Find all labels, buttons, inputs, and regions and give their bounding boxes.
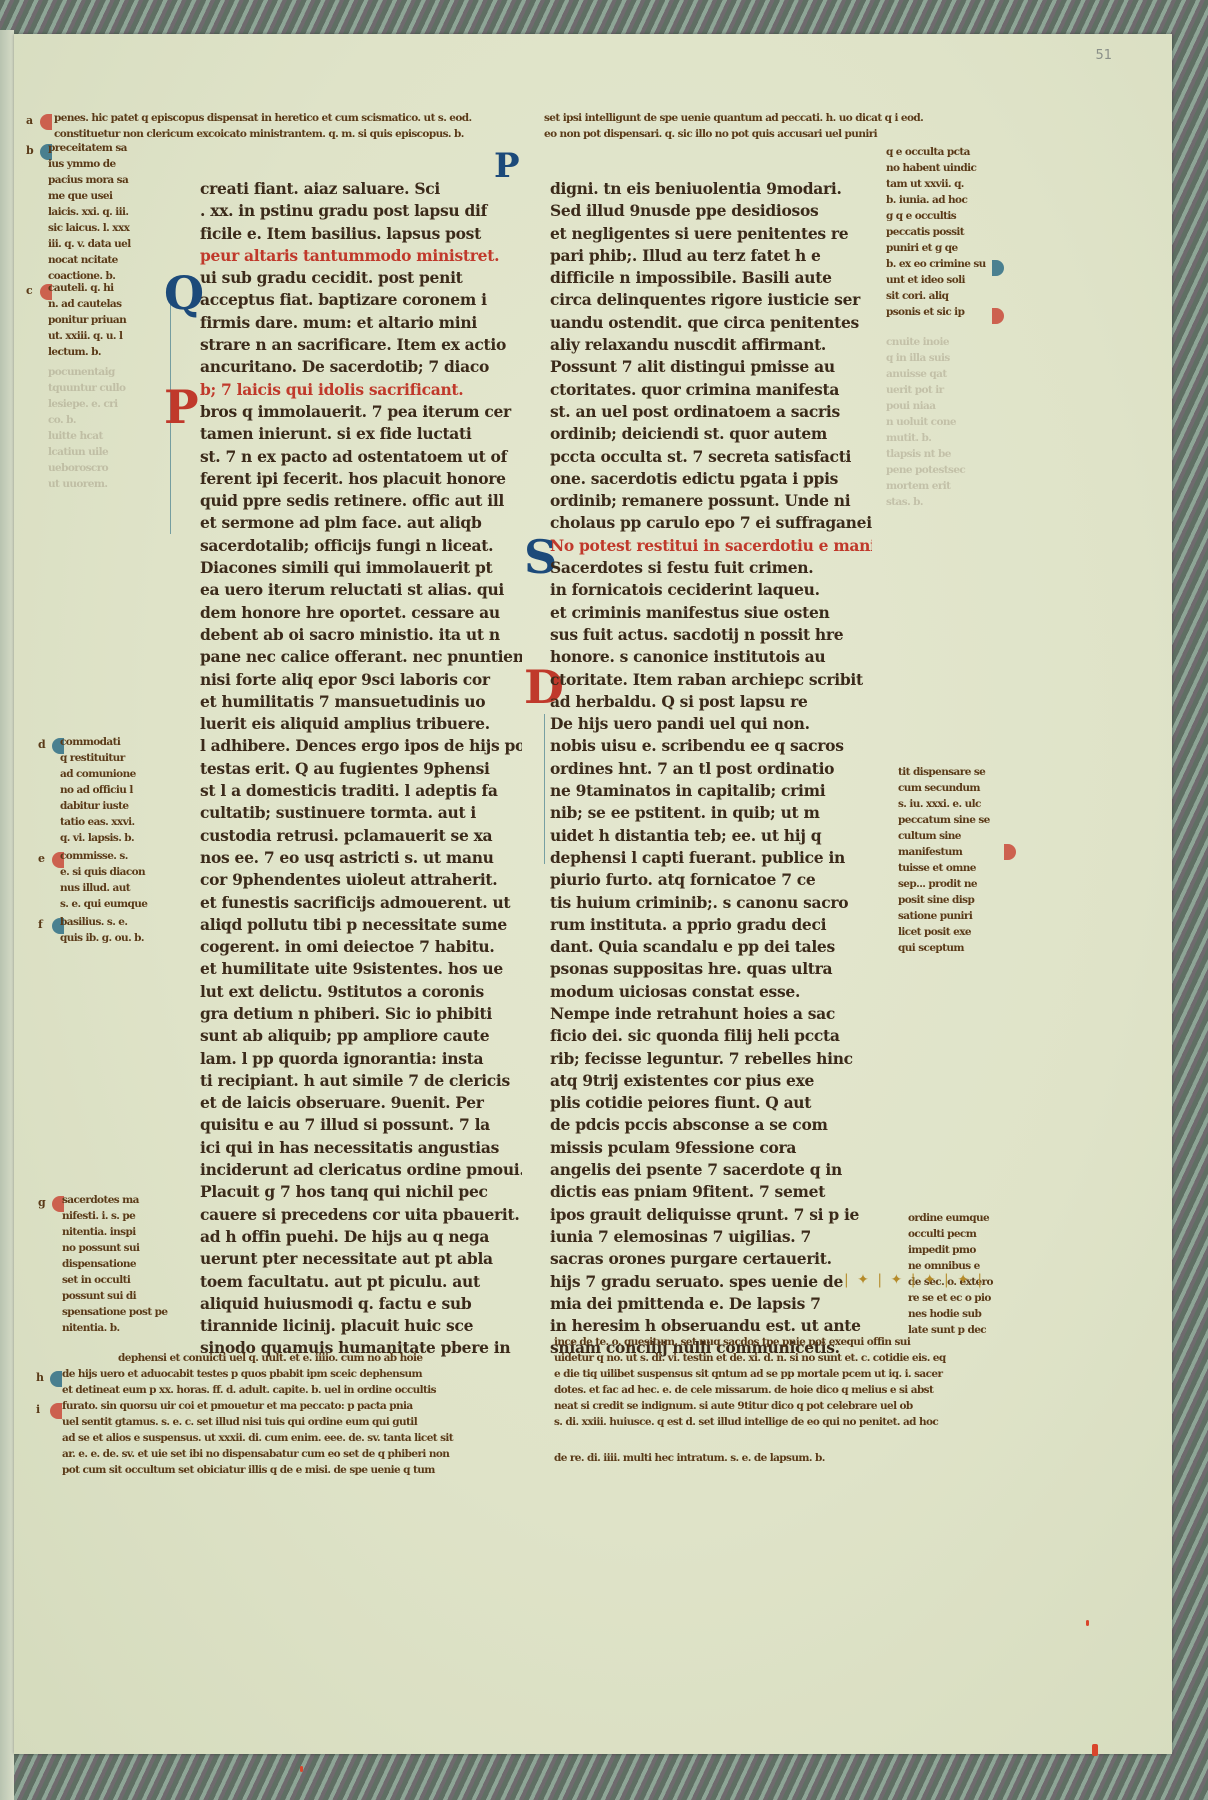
bleed-through-text: cnuite inoieq in illa suisanuisse qatuer…	[886, 334, 965, 510]
manuscript-page: 51 a penes. hic patet q episcopus dispen…	[14, 34, 1172, 1754]
paraph-red-icon	[1004, 844, 1016, 860]
decorated-initial-q: Q	[164, 270, 204, 316]
left-gloss-e: commisse. s. e. si quis diacon nus illud…	[60, 848, 147, 912]
bottom-gloss-left: dephensi et conuicti uel q. uult. et e. …	[62, 1350, 453, 1478]
right-gloss-1: q e occulta pcta no habent uindic tam ut…	[886, 144, 986, 320]
gloss-marker-d: d	[38, 738, 46, 751]
paraph-red-icon	[40, 114, 52, 130]
gloss-marker-c: c	[26, 284, 33, 297]
right-gloss-2: tit dispensare se cum secundum s. iu. xx…	[898, 764, 990, 956]
decorated-initial-p: P	[164, 384, 199, 430]
gloss-marker-b: b	[26, 144, 34, 157]
paraph-red-icon	[50, 1403, 62, 1419]
text-column-a: creati fiant. aiaz saluare. Sci . xx. in…	[200, 178, 522, 1360]
gloss-marker-e: e	[38, 852, 45, 865]
gloss-marker-i: i	[36, 1403, 40, 1416]
left-gloss-g: sacerdotes ma nifesti. i. s. pe nitentia…	[62, 1192, 167, 1336]
left-gloss-f: basilius. s. e. quis ib. g. ou. b.	[60, 914, 144, 946]
left-gloss-b: preceitatem sa ius ymmo de pacius mora s…	[48, 140, 131, 284]
paraph-blue-icon	[992, 260, 1004, 276]
paraph-red-icon	[992, 308, 1004, 324]
text-column-b: digni. tn eis beniuolentia 9modari. Sed …	[550, 178, 872, 1360]
paraph-blue-icon	[50, 1371, 62, 1387]
top-gloss-right: set ipsi intelligunt de spe uenie quantu…	[544, 110, 923, 142]
bottom-gloss-right: ince de te. o. quesitum. set nuq sacdos …	[554, 1334, 946, 1466]
book-spine-edge	[0, 30, 14, 1800]
gloss-marker-g: g	[38, 1196, 46, 1209]
left-gloss-d: commodati q restituitur ad comunione no …	[60, 734, 136, 846]
bleed-through-text: pocunentaigtquuntur cullolesiepe. e. cri…	[48, 364, 125, 492]
ink-spot	[1092, 1744, 1098, 1756]
ink-spot	[1086, 1620, 1089, 1626]
gloss-marker-f: f	[38, 918, 43, 931]
pen-flourish-line	[544, 714, 545, 864]
gloss-marker-a: a	[26, 114, 33, 127]
folio-number: 51	[1095, 48, 1112, 63]
left-gloss-c: cauteli. q. hi n. ad cautelas ponitur pr…	[48, 280, 126, 360]
ink-spot	[300, 1766, 303, 1772]
top-gloss-left: penes. hic patet q episcopus dispensat i…	[54, 110, 472, 142]
line-filler-ornament: | ✦ | ✦ | ✦ | ✦ |	[844, 1272, 984, 1288]
gloss-marker-h: h	[36, 1371, 44, 1384]
